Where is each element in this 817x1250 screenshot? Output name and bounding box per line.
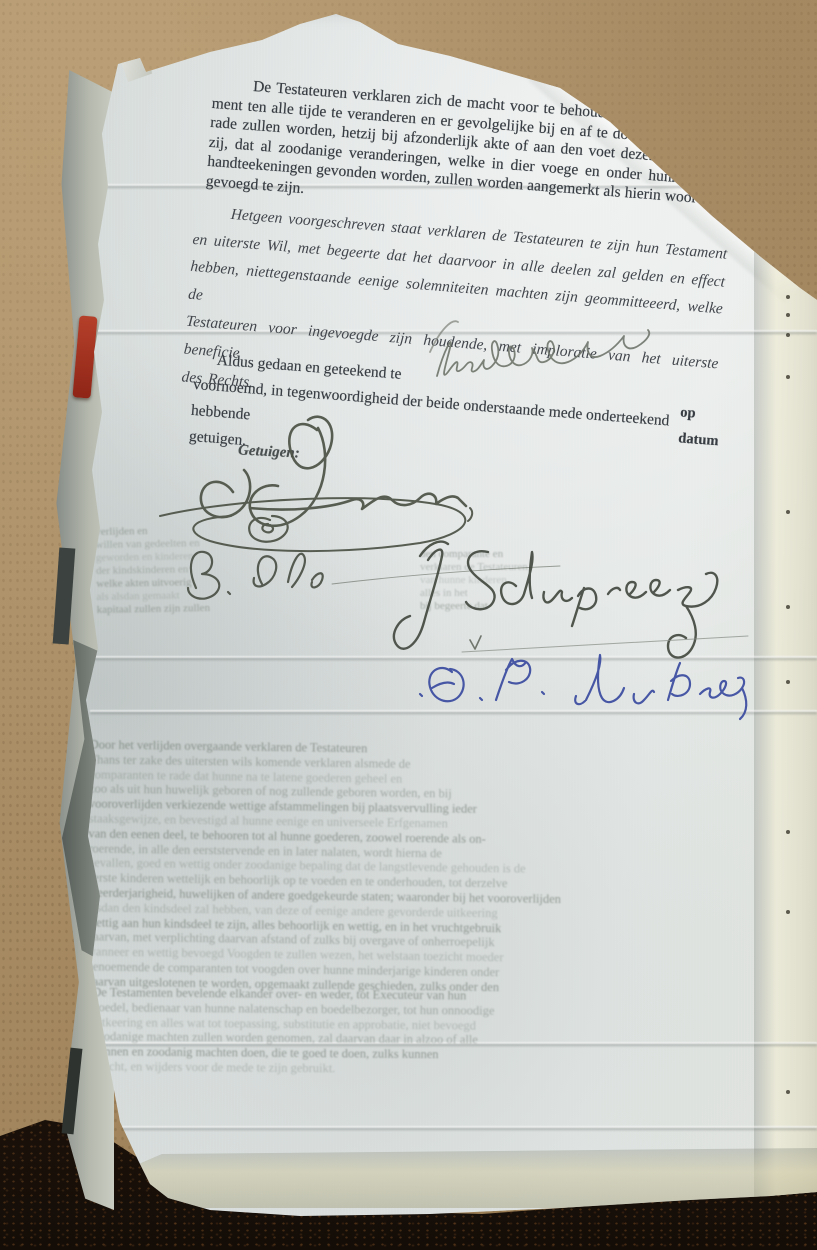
handwriting-layer (0, 0, 817, 1250)
signature-witness-flourish (160, 417, 472, 551)
document-photograph: verlijden enwillen van gedeelten engewor… (0, 0, 817, 1250)
signature-e-p-du-preez (420, 655, 746, 719)
signature-b-els (188, 552, 560, 599)
signature-place-heilbron (430, 321, 649, 376)
ruled-pencil-line (462, 636, 748, 652)
check-mark (470, 636, 481, 649)
